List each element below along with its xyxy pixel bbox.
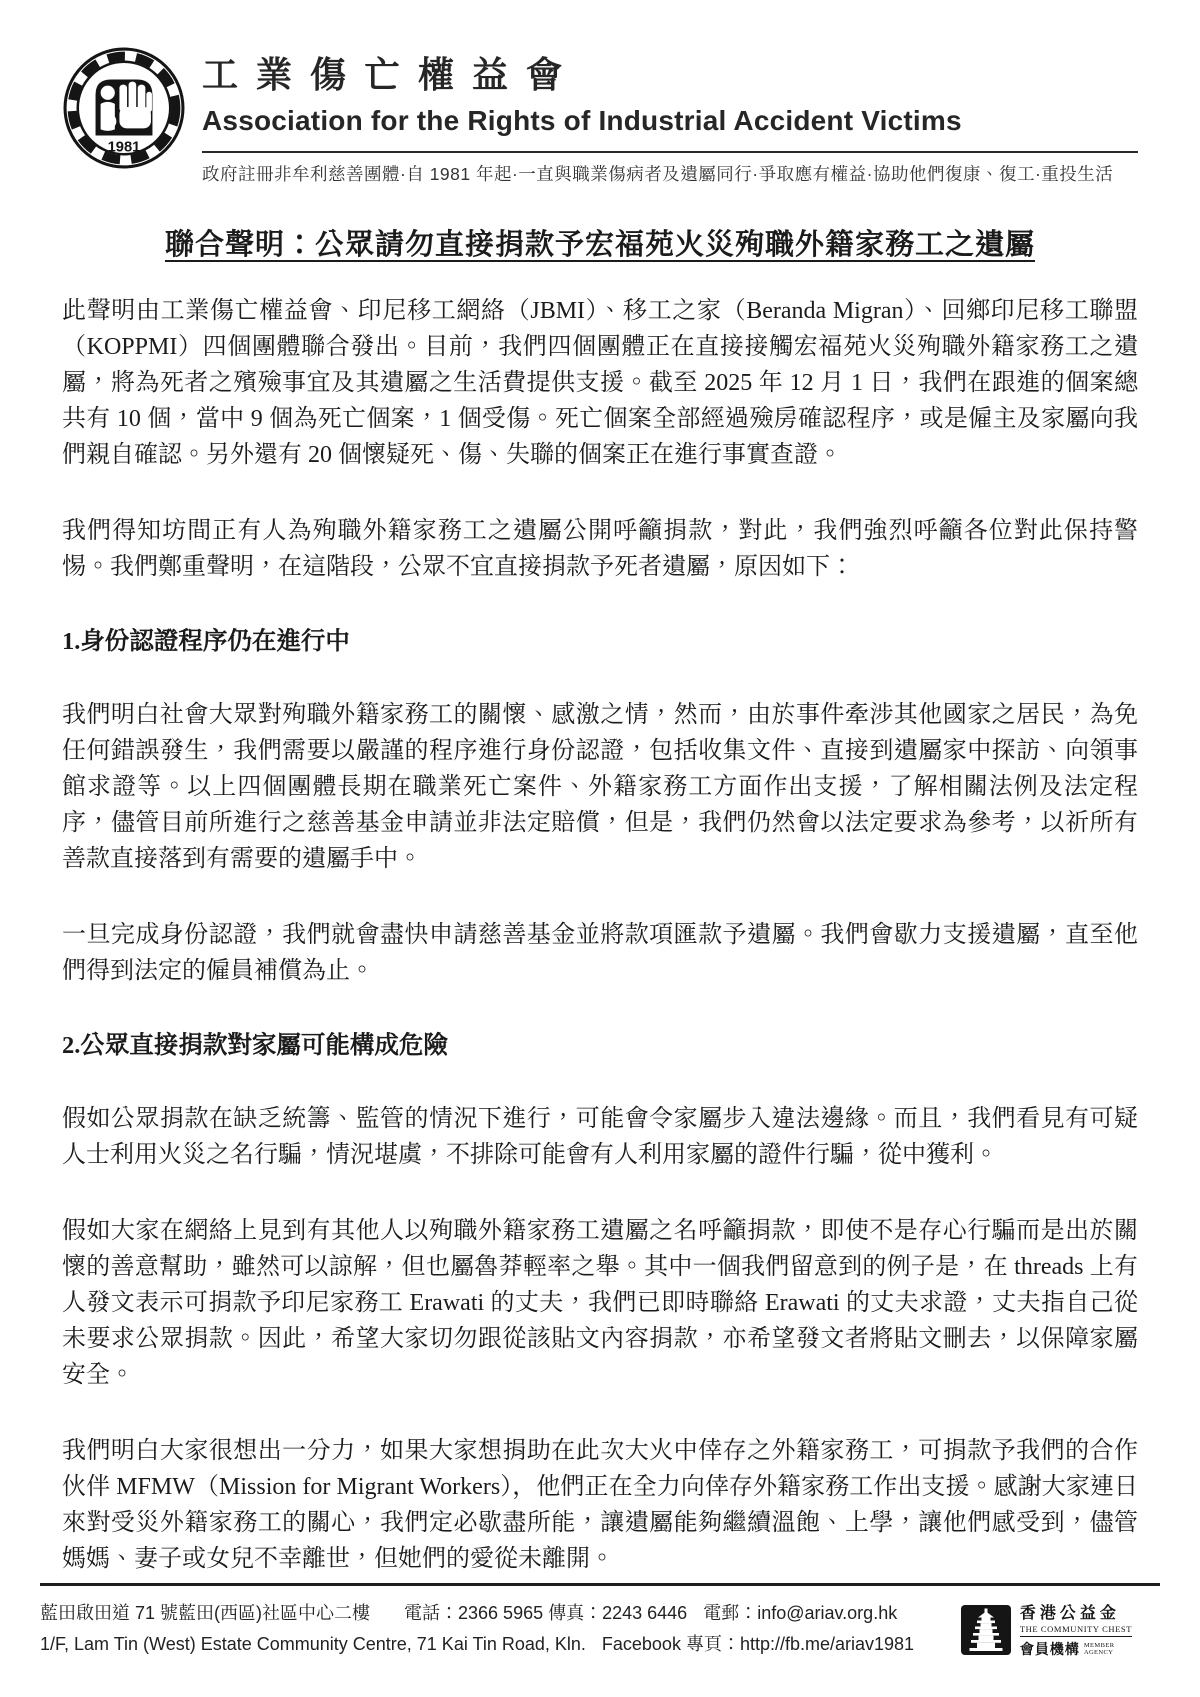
footer-phone-fax: 電話：2366 5965 傳真：2243 6446 — [404, 1603, 687, 1623]
footer-facebook: Facebook 專頁：http://fb.me/ariav1981 — [602, 1634, 914, 1654]
org-title-block: 工業傷亡權益會 Association for the Rights of In… — [202, 46, 1138, 186]
section-heading-1: 1.身份認證程序仍在進行中 — [62, 625, 1138, 659]
footer-line-chinese: 藍田啟田道 71 號藍田(西區)社區中心二樓電話：2366 5965 傳真：22… — [40, 1598, 914, 1629]
paragraph-remittance: 一旦完成身份認證，我們就會盡快申請慈善基金並將款項匯款予遺屬。我們會歇力支援遺屬… — [62, 917, 1138, 989]
statement-document: 1981 工業傷亡權益會 Association for the Rights … — [0, 0, 1200, 1697]
paragraph-verification: 我們明白社會大眾對殉職外籍家務工的關懷、感激之情，然而，由於事件牽涉其他國家之居… — [62, 697, 1138, 877]
org-tagline: 政府註冊非牟利慈善團體·自 1981 年起·一直與職業傷病者及遺屬同行·爭取應有… — [202, 161, 1138, 186]
footer-line-english: 1/F, Lam Tin (West) Estate Community Cen… — [40, 1629, 914, 1660]
pagoda-icon — [961, 1605, 1011, 1655]
org-name-chinese: 工業傷亡權益會 — [202, 54, 1138, 95]
org-name-english: Association for the Rights of Industrial… — [202, 105, 1138, 137]
header-divider — [202, 151, 1138, 153]
statement-body: 聯合聲明：公眾請勿直接捐款予宏福苑火災殉職外籍家務工之遺屬 此聲明由工業傷亡權益… — [62, 222, 1138, 1577]
footer-address-zh: 藍田啟田道 71 號藍田(西區)社區中心二樓 — [40, 1603, 370, 1623]
community-chest-text: 香港公益金 THE COMMUNITY CHEST 會員機構 MEMBER AG… — [1020, 1600, 1132, 1659]
footer-contact-block: 藍田啟田道 71 號藍田(西區)社區中心二樓電話：2366 5965 傳真：22… — [40, 1598, 914, 1660]
paragraph-warning: 我們得知坊間正有人為殉職外籍家務工之遺屬公開呼籲捐款，對此，我們強烈呼籲各位對此… — [62, 513, 1138, 585]
chest-member-zh: 會員機構 — [1020, 1639, 1080, 1659]
chest-member-en: MEMBER AGENCY — [1084, 1642, 1115, 1656]
section-heading-2: 2.公眾直接捐款對家屬可能構成危險 — [62, 1029, 1138, 1063]
chest-name-zh: 香港公益金 — [1020, 1600, 1132, 1623]
chest-name-en: THE COMMUNITY CHEST — [1020, 1624, 1132, 1637]
org-footer: 藍田啟田道 71 號藍田(西區)社區中心二樓電話：2366 5965 傳真：22… — [40, 1583, 1160, 1660]
paragraph-threads-case: 假如大家在網絡上見到有其他人以殉職外籍家務工遺屬之名呼籲捐款，即使不是存心行騙而… — [62, 1213, 1138, 1393]
community-chest-logo: 香港公益金 THE COMMUNITY CHEST 會員機構 MEMBER AG… — [961, 1600, 1132, 1659]
paragraph-mfmw: 我們明白大家很想出一分力，如果大家想捐助在此次大火中倖存之外籍家務工，可捐款予我… — [62, 1433, 1138, 1577]
statement-title-text: 聯合聲明：公眾請勿直接捐款予宏福苑火災殉職外籍家務工之遺屬 — [165, 229, 1035, 261]
paragraph-risk: 假如公眾捐款在缺乏統籌、監管的情況下進行，可能會令家屬步入違法邊緣。而且，我們看… — [62, 1101, 1138, 1173]
footer-email: 電郵：info@ariav.org.hk — [703, 1603, 897, 1623]
logo-year-label: 1981 — [108, 140, 141, 156]
footer-address-en: 1/F, Lam Tin (West) Estate Community Cen… — [40, 1634, 586, 1654]
org-header: 1981 工業傷亡權益會 Association for the Rights … — [62, 46, 1138, 186]
statement-title: 聯合聲明：公眾請勿直接捐款予宏福苑火災殉職外籍家務工之遺屬 — [62, 222, 1138, 263]
ariav-logo-icon: 1981 — [62, 46, 186, 170]
paragraph-intro: 此聲明由工業傷亡權益會、印尼移工網絡（JBMI）、移工之家（Beranda Mi… — [62, 293, 1138, 473]
